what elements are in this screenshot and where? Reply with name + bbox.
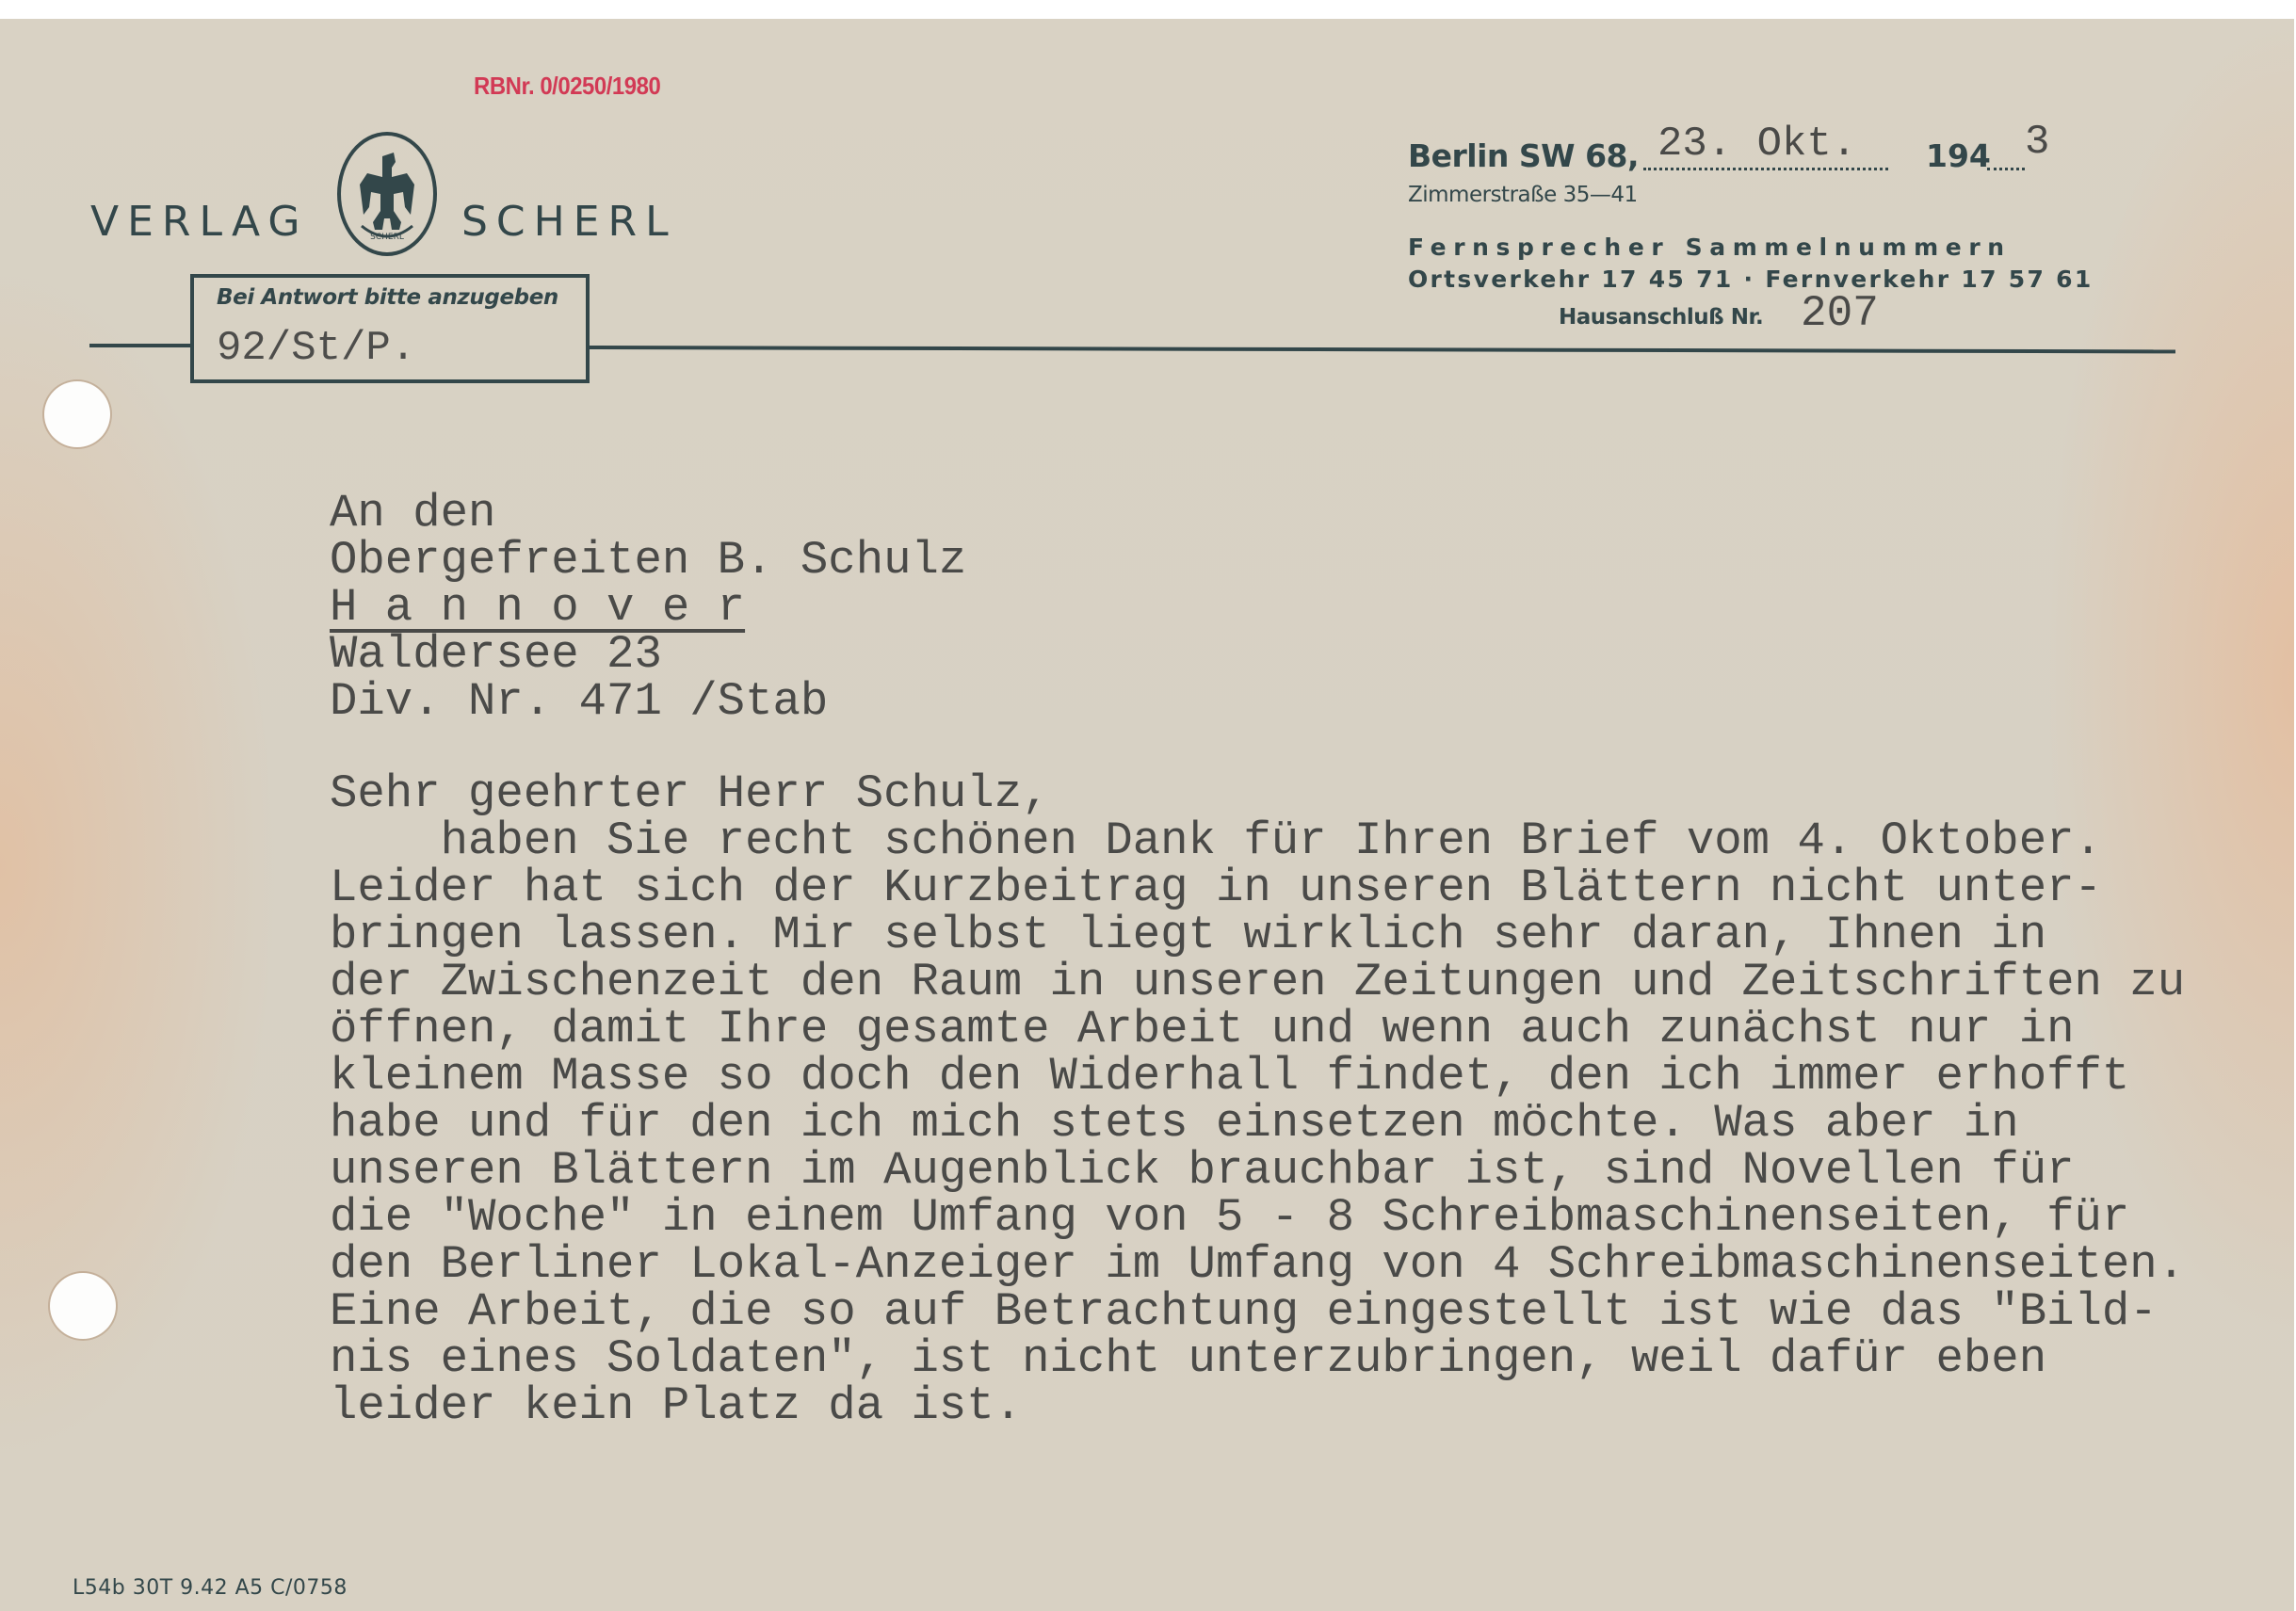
extension-label: Hausanschluß Nr. [1559,305,1763,330]
body-line: den Berliner Lokal-Anzeiger im Umfang vo… [330,1241,2185,1288]
body-line: Eine Arbeit, die so auf Betrachtung eing… [330,1288,2158,1335]
reference-box: Bei Antwort bitte anzugeben 92/St/P. [190,274,590,383]
header-rule-left [89,344,190,347]
body-line: öffnen, damit Ihre gesamte Arbeit und we… [330,1006,2075,1053]
logo-caption: SCHERL [370,233,404,242]
sender-street: Zimmerstraße 35—41 [1408,183,1638,207]
body-line: habe und für den ich mich stets einsetze… [330,1100,2019,1147]
extension-value: 207 [1801,290,1879,337]
print-code: L54b 30T 9.42 A5 C/0758 [73,1576,348,1600]
recipient-unit: Div. Nr. 471 /Stab [330,678,828,725]
archive-stamp: RBNr. 0/0250/1980 [474,72,660,101]
body-line: Leider hat sich der Kurzbeitrag in unser… [330,864,2102,911]
year-prefix: 194 [1926,137,1991,174]
eagle-logo-icon: SCHERL [337,132,437,256]
brand-verlag: VERLAG [90,198,308,246]
body-line: leider kein Platz da ist. [330,1382,1022,1429]
year-dotted-line [1987,168,2025,170]
phone-heading: Fernsprecher Sammelnummern [1408,234,2012,261]
letter-date: 23. Okt. [1657,121,1856,168]
recipient-line-1: An den [330,490,495,537]
reference-label: Bei Antwort bitte anzugeben [217,285,558,310]
body-line: unseren Blättern im Augenblick brauchbar… [330,1147,2075,1194]
punch-hole-bottom [50,1273,116,1339]
punch-hole-top [44,381,110,447]
year-suffix: 3 [2025,119,2049,166]
date-dotted-line [1643,168,1888,170]
body-line: bringen lassen. Mir selbst liegt wirklic… [330,911,2046,959]
sender-city: Berlin SW 68, [1408,137,1639,174]
brand-scherl: SCHERL [461,198,677,246]
recipient-name: Obergefreiten B. Schulz [330,537,966,584]
body-line: der Zwischenzeit den Raum in unseren Zei… [330,959,2185,1006]
recipient-street: Waldersee 23 [330,631,662,678]
body-line: kleinem Masse so doch den Widerhall find… [330,1053,2129,1100]
body-line: haben Sie recht schönen Dank für Ihren B… [330,817,2102,864]
reference-value: 92/St/P. [217,325,415,372]
phone-numbers: Ortsverkehr 17 45 71 · Fernverkehr 17 57… [1408,266,2094,293]
salutation: Sehr geehrter Herr Schulz, [330,770,1050,817]
recipient-city: H a n n o v e r [330,584,745,631]
body-line: die "Woche" in einem Umfang von 5 - 8 Sc… [330,1194,2129,1241]
body-line: nis eines Soldaten", ist nicht unterzubr… [330,1335,2046,1382]
